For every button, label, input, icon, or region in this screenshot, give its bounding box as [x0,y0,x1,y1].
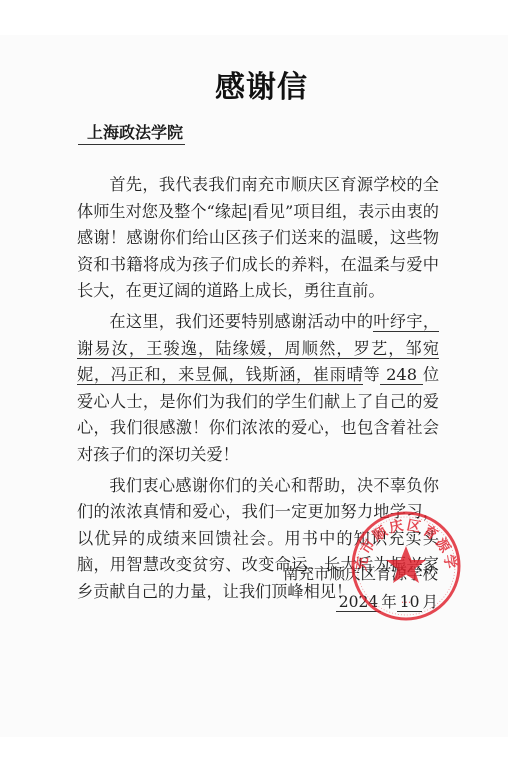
paragraph-2-deng: 等 [363,365,380,384]
paragraph-2: 在这里，我们还要特别感谢活动中的叶纾宇，谢易汝，王骏逸，陆缘媛，周顺然，罗艺，邹… [77,309,439,469]
paragraph-1: 首先，我代表我们南充市顺庆区育源学校的全体师生对您及整个“缘起|看见”项目组，表… [77,172,439,305]
svg-text:···: ··· [401,596,412,609]
letter-title: 感谢信 [0,70,523,106]
recipient-name: 上海政法学院 [78,122,185,145]
volunteer-count: 248 [380,365,423,385]
paragraph-2-intro: 在这里，我们还要特别感谢活动中的 [109,312,373,331]
official-seal-icon: 南充市顺庆区育源学校 ··· [350,510,462,622]
